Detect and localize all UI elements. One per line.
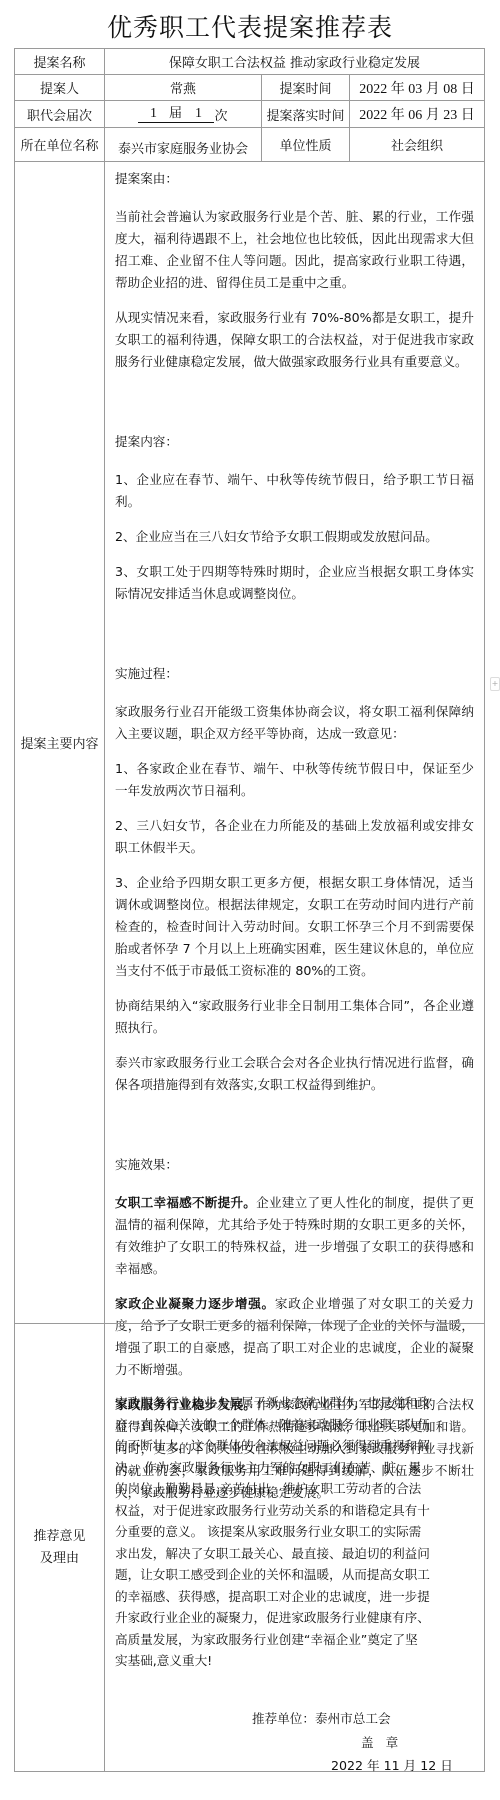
content-item: 1、企业应在春节、端午、中秋等传统节假日，给予职工节日福利。 <box>115 469 474 513</box>
content-item: 3、女职工处于四期等特殊时期时，企业应当根据女职工身体实际情况安排适当休息或调整… <box>115 561 474 605</box>
recommending-unit: 推荐单位：泰州市总工会 <box>252 1708 391 1727</box>
seal-label: 盖 章 <box>361 1732 398 1751</box>
organization-name-value: 泰兴市家庭服务业协会 <box>104 127 262 162</box>
label-proposal-name: 提案名称 <box>14 48 105 75</box>
reason-heading: 提案案由： <box>115 168 474 190</box>
process-intro: 家政服务行业召开能级工资集体协商会议，将女职工福利保障纳入主要议题，职企双方经平… <box>115 701 474 745</box>
process-item: 2、三八妇女节，各企业在力所能及的基础上发放福利或安排女职工休假半天。 <box>115 815 474 859</box>
label-proposal-date: 提案时间 <box>261 74 350 101</box>
process-result: 协商结果纳入“家政服务行业非全日制用工集体合同”，各企业遵照执行。 <box>115 995 474 1039</box>
label-recommendation-line1: 推荐意见 <box>33 1526 85 1548</box>
session-unit: 届 <box>168 106 182 123</box>
process-supervision: 泰兴市家政服务行业工会联合会对各企业执行情况进行监督，确保各项措施得到有效落实,… <box>115 1052 474 1096</box>
count-number: 1 <box>182 106 214 123</box>
proposal-date-value: 2022 年 03 月 08 日 <box>349 74 485 101</box>
reason-paragraph-1: 当前社会普遍认为家政服务行业是个苦、脏、累的行业，工作强度大，福利待遇跟不上，社… <box>115 206 474 294</box>
effect-item-title: 家政企业凝聚力逐步增强。 <box>115 1296 275 1311</box>
label-proposer: 提案人 <box>14 74 105 101</box>
process-heading: 实施过程： <box>115 663 474 685</box>
document-title: 优秀职工代表提案推荐表 <box>0 8 500 44</box>
recommendation-cell: 家政服务行业从业人员属于新业态就业群体，也是党和政府一直关心关注的一个群体。随着… <box>104 1323 485 1772</box>
label-implementation-date: 提案落实时间 <box>261 100 350 128</box>
proposer-value: 常燕 <box>104 74 262 101</box>
main-content-cell: 提案案由： 当前社会普遍认为家政服务行业是个苦、脏、累的行业，工作强度大，福利待… <box>104 161 485 1324</box>
session-number: 1 <box>138 106 168 123</box>
content-heading: 提案内容： <box>115 431 474 453</box>
reason-paragraph-2: 从现实情况来看，家政服务行业有 70%-80%都是女职工，提升女职工的福利待遇，… <box>115 307 474 373</box>
label-organization-type: 单位性质 <box>261 127 350 162</box>
count-unit: 次 <box>214 105 227 124</box>
proposal-name-value: 保障女职工合法权益 推动家政行业稳定发展 <box>104 48 485 75</box>
congress-session-value: 1届1次 <box>104 100 262 128</box>
label-recommendation: 推荐意见 及理由 <box>14 1323 105 1772</box>
effect-item: 女职工幸福感不断提升。企业建立了更人性化的制度，提供了更温情的福利保障，尤其给予… <box>115 1192 474 1280</box>
content-item: 2、企业应当在三八妇女节给予女职工假期或发放慰问品。 <box>115 526 474 548</box>
implementation-date-value: 2022 年 06 月 23 日 <box>349 100 485 128</box>
process-item: 1、各家政企业在春节、端午、中秋等传统节假日中，保证至少一年发放两次节日福利。 <box>115 758 474 802</box>
organization-type-value: 社会组织 <box>349 127 485 162</box>
effect-item-title: 女职工幸福感不断提升。 <box>115 1195 256 1210</box>
label-recommendation-line2: 及理由 <box>40 1548 79 1570</box>
recommendation-text: 家政服务行业从业人员属于新业态就业群体，也是党和政府一直关心关注的一个群体。随着… <box>115 1392 430 1672</box>
label-congress-session-text: 职代会届次 <box>27 105 92 124</box>
page-marker-icon[interactable]: + <box>490 677 500 691</box>
effect-heading: 实施效果： <box>115 1154 474 1176</box>
label-main-content: 提案主要内容 <box>14 161 105 1324</box>
label-congress-session: 职代会届次 <box>14 100 105 128</box>
label-organization-name: 所在单位名称 <box>14 127 105 162</box>
recommendation-date: 2022 年 11 月 12 日 <box>331 1755 453 1774</box>
process-item: 3、企业给予四期女职工更多方便，根据女职工身体情况，适当调休或调整岗位。根据法律… <box>115 872 474 982</box>
